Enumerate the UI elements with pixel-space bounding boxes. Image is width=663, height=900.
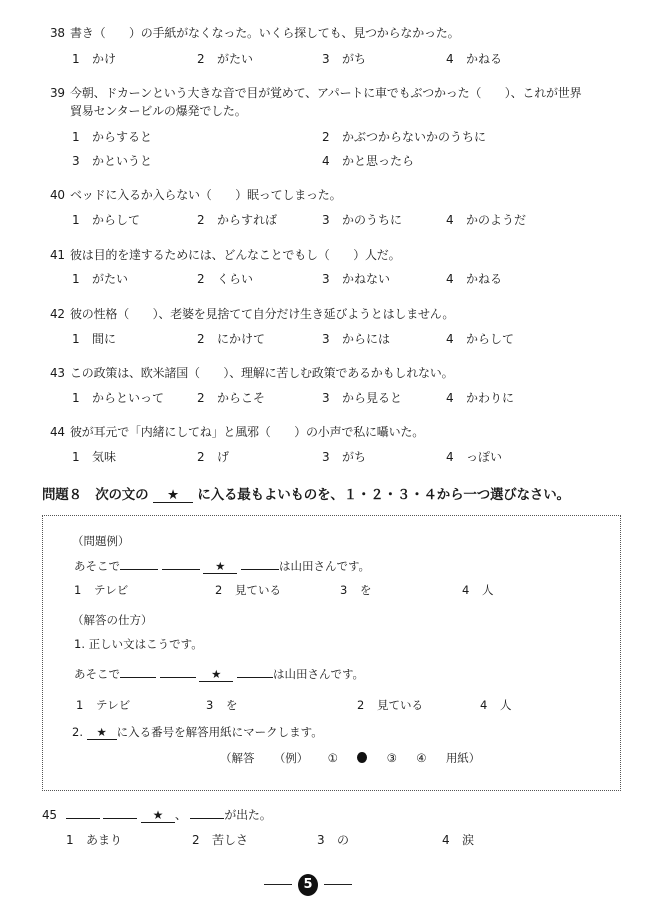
- option-text: 人: [482, 583, 494, 597]
- option-number: 4: [480, 698, 500, 712]
- option-number: 4: [446, 213, 466, 227]
- option-text: くらい: [217, 272, 253, 286]
- question-number: 40: [50, 188, 70, 202]
- example-label: （問題例）: [72, 533, 130, 549]
- section-8-heading: 問題８ 次の文の ★ に入る最もよいものを、１・２・３・４から一つ選びなさい。: [42, 483, 570, 503]
- question-41: 41彼は目的を達するためには、どんなことでもし（ ）人だ。: [50, 246, 400, 263]
- question-42: 42彼の性格（ ）、老婆を見捨てて自分だけ生き延びようとはしません。: [50, 305, 454, 322]
- option-4[interactable]: 4かわりに: [446, 389, 514, 406]
- footer-dash-left: [264, 884, 292, 885]
- option-3[interactable]: 3がち: [322, 50, 366, 67]
- option-number: 1: [72, 272, 92, 286]
- option-number: 3: [322, 391, 342, 405]
- circle-4-icon: ④: [416, 751, 426, 765]
- comma: 、: [175, 808, 187, 822]
- question-39-line2: 貿易センタービルの爆発でした。: [70, 102, 247, 119]
- option-text: かねる: [466, 272, 502, 286]
- question-number: 42: [50, 307, 70, 321]
- blank: [120, 558, 158, 570]
- option-number: 2: [197, 391, 217, 405]
- question-number: 43: [50, 366, 70, 380]
- example-label: （例）: [274, 751, 309, 765]
- option-text: からこそ: [217, 391, 265, 405]
- star-icon: ★: [96, 725, 106, 739]
- step-1: 1. 正しい文はこうです。: [74, 636, 203, 652]
- option-text: を: [360, 583, 372, 597]
- question-45: 45 ★、 が出た。: [42, 806, 272, 823]
- option-number: 2: [197, 272, 217, 286]
- option-4[interactable]: 4かのようだ: [446, 211, 526, 228]
- circle-1-icon: ①: [328, 751, 338, 765]
- option-number: 3: [340, 583, 360, 597]
- option-number: 3: [322, 450, 342, 464]
- option-2[interactable]: 2からこそ: [197, 389, 265, 406]
- option-number: 1: [72, 450, 92, 464]
- option-number: 4: [446, 391, 466, 405]
- option-text: の: [337, 833, 349, 847]
- option-number: 2: [357, 698, 377, 712]
- option-number: 3: [322, 213, 342, 227]
- option-text: からすると: [92, 130, 152, 144]
- option-number: 1: [72, 332, 92, 346]
- option-text: かのうちに: [342, 213, 402, 227]
- option-1[interactable]: 1あまり: [66, 831, 122, 848]
- option-text: かねない: [342, 272, 390, 286]
- star-blank: ★: [203, 560, 237, 574]
- answer-sheet-close: 用紙）: [446, 751, 481, 765]
- option-text: かというと: [92, 154, 152, 168]
- answer-order-3: 2見ている: [357, 697, 423, 713]
- question-stem: 彼が耳元で「内緒にしてね」と風邪（ ）の小声で私に囁いた。: [70, 425, 424, 439]
- option-number: 4: [462, 583, 482, 597]
- star-icon: ★: [215, 559, 225, 573]
- method-label: （解答の仕方）: [72, 612, 153, 628]
- option-text: かぶつからないかのうちに: [342, 130, 486, 144]
- answer-sheet-example: （解答 （例） ① ③ ④ 用紙）: [220, 750, 480, 766]
- option-text: から見ると: [342, 391, 402, 405]
- option-number: 2: [197, 450, 217, 464]
- question-stem: 彼の性格（ ）、老婆を見捨てて自分だけ生き延びようとはしません。: [70, 307, 454, 321]
- option-number: 2: [197, 332, 217, 346]
- option-text: からといって: [92, 391, 164, 405]
- option-3[interactable]: 3かというと: [72, 152, 152, 169]
- example-option-2: 2見ている: [215, 582, 281, 598]
- option-text: からして: [92, 213, 140, 227]
- option-2[interactable]: 2げ: [197, 448, 229, 465]
- question-number: 38: [50, 26, 70, 40]
- star-icon: ★: [153, 808, 164, 822]
- option-4[interactable]: 4かねる: [446, 50, 502, 67]
- question-stem-line1: 今朝、ドカーンという大きな音で目が覚めて、アパートに車でもぶつかった（ ）、これ…: [70, 86, 581, 100]
- option-text: からすれば: [217, 213, 277, 227]
- option-number: 3: [322, 272, 342, 286]
- blank: [241, 558, 279, 570]
- option-2[interactable]: 2がたい: [197, 50, 253, 67]
- option-text: かのようだ: [466, 213, 526, 227]
- option-number: 4: [446, 450, 466, 464]
- question-number: 44: [50, 425, 70, 439]
- blank: [162, 558, 200, 570]
- question-40: 40ベッドに入るか入らない（ ）眠ってしまった。: [50, 186, 341, 203]
- question-number: 39: [50, 86, 70, 100]
- option-text: にかけて: [217, 332, 265, 346]
- star-blank: ★: [87, 726, 117, 740]
- example-option-4: 4人: [462, 582, 494, 598]
- option-number: 4: [442, 833, 462, 847]
- option-number: 2: [197, 52, 217, 66]
- option-4[interactable]: 4からして: [446, 330, 514, 347]
- question-44: 44彼が耳元で「内緒にしてね」と風邪（ ）の小声で私に囁いた。: [50, 423, 424, 440]
- question-43: 43この政策は、欧米諸国（ ）、理解に苦しむ政策であるかもしれない。: [50, 364, 453, 381]
- question-stem: 彼は目的を達するためには、どんなことでもし（ ）人だ。: [70, 248, 400, 262]
- option-text: 人: [500, 698, 512, 712]
- answer-order-1: 1テレビ: [76, 697, 130, 713]
- step-2: 2. ★に入る番号を解答用紙にマークします。: [72, 724, 323, 740]
- option-2[interactable]: 2からすれば: [197, 211, 277, 228]
- page-footer: 5: [258, 874, 358, 896]
- option-text: げ: [217, 450, 229, 464]
- option-number: 2: [215, 583, 235, 597]
- sentence-end: は山田さんです。: [279, 559, 370, 573]
- option-1[interactable]: 1気味: [72, 448, 116, 465]
- option-2[interactable]: 2かぶつからないかのうちに: [322, 128, 486, 145]
- option-number: 3: [322, 332, 342, 346]
- sentence-end: が出た。: [224, 808, 271, 822]
- answer-sentence: あそこで ★ は山田さんです。: [74, 666, 364, 682]
- option-text: 涙: [462, 833, 474, 847]
- option-1[interactable]: 1かけ: [72, 50, 116, 67]
- option-4[interactable]: 4涙: [442, 831, 474, 848]
- option-3[interactable]: 3からには: [322, 330, 390, 347]
- option-4[interactable]: 4かと思ったら: [322, 152, 414, 169]
- option-3[interactable]: 3がち: [322, 448, 366, 465]
- option-2[interactable]: 2にかけて: [197, 330, 265, 347]
- option-3[interactable]: 3かねない: [322, 270, 390, 287]
- page-number: 5: [298, 874, 318, 896]
- star-blank: ★: [153, 489, 193, 503]
- option-1[interactable]: 1がたい: [72, 270, 128, 287]
- blank: [237, 666, 273, 678]
- option-text: がち: [342, 450, 366, 464]
- option-4[interactable]: 4かねる: [446, 270, 502, 287]
- option-text: がたい: [92, 272, 128, 286]
- example-option-3: 3を: [340, 582, 372, 598]
- answer-order-4: 4人: [480, 697, 512, 713]
- option-number: 4: [446, 272, 466, 286]
- option-text: 気味: [92, 450, 116, 464]
- star-blank: ★: [141, 809, 175, 823]
- option-number: 1: [76, 698, 96, 712]
- answer-order-2: 3を: [206, 697, 238, 713]
- option-1[interactable]: 1からすると: [72, 128, 152, 145]
- option-text: 間に: [92, 332, 116, 346]
- question-number: 45: [42, 808, 62, 822]
- heading-prefix: 問題８ 次の文の: [42, 487, 148, 503]
- option-3[interactable]: 3の: [317, 831, 349, 848]
- option-number: 1: [66, 833, 86, 847]
- blank: [66, 807, 100, 819]
- option-text: テレビ: [94, 583, 128, 597]
- option-text: かと思ったら: [342, 154, 414, 168]
- option-text: 見ている: [377, 698, 423, 712]
- sentence-end: は山田さんです。: [273, 667, 364, 681]
- option-number: 2: [192, 833, 212, 847]
- option-number: 3: [206, 698, 226, 712]
- option-number: 3: [72, 154, 92, 168]
- option-number: 1: [72, 130, 92, 144]
- option-text: っぽい: [466, 450, 502, 464]
- option-text: かわりに: [466, 391, 514, 405]
- blank: [103, 807, 137, 819]
- option-text: 見ている: [235, 583, 281, 597]
- option-number: 4: [446, 332, 466, 346]
- question-number: 41: [50, 248, 70, 262]
- option-1[interactable]: 1からして: [72, 211, 140, 228]
- star-icon: ★: [167, 487, 179, 503]
- footer-dash-right: [324, 884, 352, 885]
- option-number: 2: [322, 130, 342, 144]
- circle-3-icon: ③: [387, 751, 397, 765]
- question-38: 38書き（ ）の手紙がなくなった。いくら探しても、見つからなかった。: [50, 24, 459, 41]
- option-text: かけ: [92, 52, 116, 66]
- option-1[interactable]: 1からといって: [72, 389, 164, 406]
- blank: [190, 807, 224, 819]
- option-text: を: [226, 698, 238, 712]
- option-text: がち: [342, 52, 366, 66]
- option-number: 2: [197, 213, 217, 227]
- option-text: からして: [466, 332, 514, 346]
- option-4[interactable]: 4っぽい: [446, 448, 502, 465]
- option-number: 4: [446, 52, 466, 66]
- step-text: に入る番号を解答用紙にマークします。: [117, 725, 323, 739]
- option-number: 4: [322, 154, 342, 168]
- option-2[interactable]: 2苦しさ: [192, 831, 248, 848]
- option-text: あまり: [86, 833, 122, 847]
- option-2[interactable]: 2くらい: [197, 270, 253, 287]
- option-3[interactable]: 3から見ると: [322, 389, 402, 406]
- option-3[interactable]: 3かのうちに: [322, 211, 402, 228]
- option-text: がたい: [217, 52, 253, 66]
- option-number: 1: [72, 52, 92, 66]
- example-sentence: あそこで ★ は山田さんです。: [74, 558, 370, 574]
- option-text: 苦しさ: [212, 833, 248, 847]
- question-stem: この政策は、欧米諸国（ ）、理解に苦しむ政策であるかもしれない。: [70, 366, 453, 380]
- option-1[interactable]: 1間に: [72, 330, 116, 347]
- option-number: 3: [322, 52, 342, 66]
- example-option-1: 1テレビ: [74, 582, 128, 598]
- star-icon: ★: [211, 667, 221, 681]
- answer-sheet-open: （解答: [220, 751, 255, 765]
- option-text: テレビ: [96, 698, 130, 712]
- step-number: 2.: [72, 725, 83, 739]
- question-39: 39今朝、ドカーンという大きな音で目が覚めて、アパートに車でもぶつかった（ ）、…: [50, 84, 581, 101]
- option-text: からには: [342, 332, 390, 346]
- option-number: 1: [72, 391, 92, 405]
- question-stem: ベッドに入るか入らない（ ）眠ってしまった。: [70, 188, 341, 202]
- heading-suffix: に入る最もよいものを、１・２・３・４から一つ選びなさい。: [197, 487, 569, 503]
- filled-circle-2-icon: [357, 752, 367, 763]
- option-number: 1: [72, 213, 92, 227]
- blank: [120, 666, 156, 678]
- option-number: 3: [317, 833, 337, 847]
- option-text: かねる: [466, 52, 502, 66]
- blank: [160, 666, 196, 678]
- star-blank: ★: [199, 668, 233, 682]
- question-stem: 書き（ ）の手紙がなくなった。いくら探しても、見つからなかった。: [70, 26, 459, 40]
- sentence-start: あそこで: [74, 667, 120, 681]
- sentence-start: あそこで: [74, 559, 120, 573]
- option-number: 1: [74, 583, 94, 597]
